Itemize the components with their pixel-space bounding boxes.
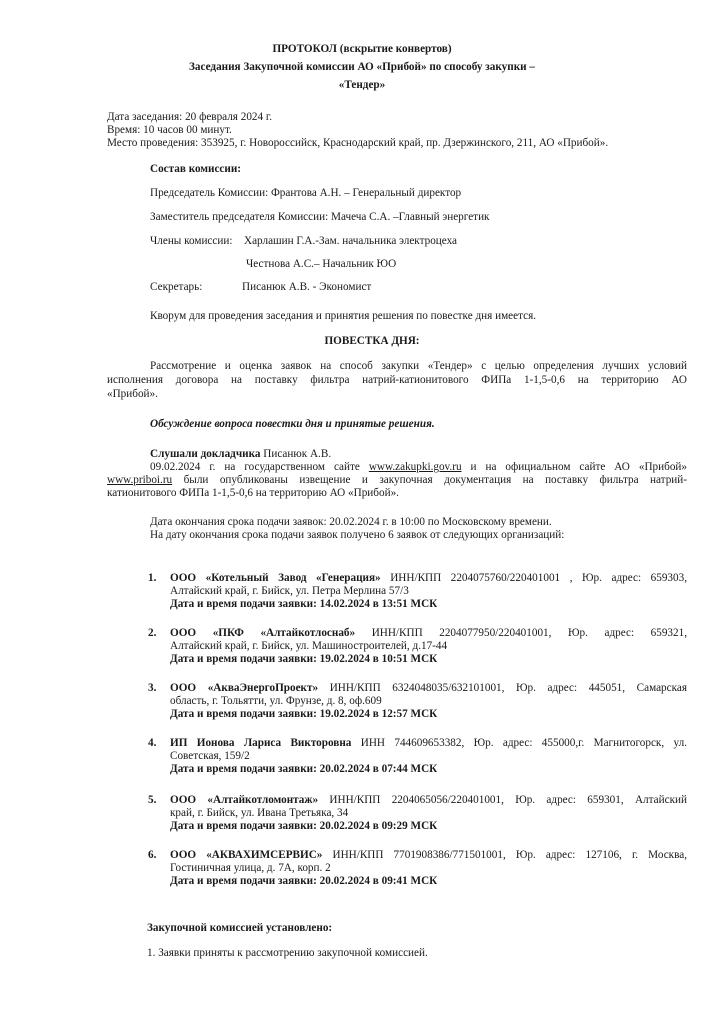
application-details: ИНН/КПП 2204065056/220401001, Юр. адрес:… bbox=[318, 794, 687, 806]
meeting-time: Время: 10 часов 00 минут. bbox=[107, 124, 232, 137]
document-subtitle-line1: Заседания Закупочной комиссии АО «Прибой… bbox=[0, 61, 724, 74]
application-details: ИНН 744609653382, Юр. адрес: 455000,г. М… bbox=[351, 737, 687, 749]
report-line-3: катионитового ФИПа 1-1,5-0,6 на территор… bbox=[107, 487, 399, 500]
received-statement: На дату окончания срока подачи заявок по… bbox=[150, 529, 564, 542]
application-submitted: Дата и время подачи заявки: 19.02.2024 в… bbox=[170, 653, 687, 666]
application-address: Гостиничная улица, д. 7А, корп. 2 bbox=[170, 862, 687, 875]
application-submitted: Дата и время подачи заявки: 20.02.2024 в… bbox=[170, 875, 687, 888]
report-line-1: 09.02.2024 г. на государственном сайте w… bbox=[150, 461, 687, 474]
application-submitted: Дата и время подачи заявки: 20.02.2024 в… bbox=[170, 820, 687, 833]
quorum-statement: Кворум для проведения заседания и принят… bbox=[150, 310, 536, 323]
application-line-1: ООО «Алтайкотломонтаж» ИНН/КПП 220406505… bbox=[170, 794, 687, 807]
application-address: Алтайский край, г. Бийск, ул. Машиностро… bbox=[170, 640, 687, 653]
application-number: 1. bbox=[148, 572, 156, 585]
application-details: ИНН/КПП 6324048035/632101001, Юр. адрес:… bbox=[318, 682, 687, 694]
application-number: 2. bbox=[148, 627, 156, 640]
application-number: 3. bbox=[148, 682, 156, 695]
application-address: Алтайский край, г. Бийск, ул. Петра Мерл… bbox=[170, 585, 687, 598]
speaker-name: Писанюк А.В. bbox=[260, 448, 331, 460]
application-name: ООО «Котельный Завод «Генерация» bbox=[170, 572, 381, 584]
application-line-1: ООО «ПКФ «Алтайкотлоснаб» ИНН/КПП 220407… bbox=[170, 627, 687, 640]
application-name: ИП Ионова Лариса Викторовна bbox=[170, 737, 351, 749]
application-number: 4. bbox=[148, 737, 156, 750]
application-name: ООО «АКВАХИМСЕРВИС» bbox=[170, 849, 322, 861]
application-number: 6. bbox=[148, 849, 156, 862]
application-submitted: Дата и время подачи заявки: 19.02.2024 в… bbox=[170, 708, 687, 721]
application-line-1: ИП Ионова Лариса Викторовна ИНН 74460965… bbox=[170, 737, 687, 750]
commission-chair: Председатель Комиссии: Франтова А.Н. – Г… bbox=[150, 187, 461, 200]
speaker-label: Слушали докладчика bbox=[150, 448, 260, 460]
commission-member-2: Честнова А.С.– Начальник ЮО bbox=[246, 258, 396, 271]
commission-secretary: Писанюк А.В. - Экономист bbox=[242, 281, 371, 294]
application-name: ООО «Алтайкотломонтаж» bbox=[170, 794, 318, 806]
application-submitted: Дата и время подачи заявки: 14.02.2024 в… bbox=[170, 598, 687, 611]
application-name: ООО «ПКФ «Алтайкотлоснаб» bbox=[170, 627, 355, 639]
meeting-place: Место проведения: 353925, г. Новороссийс… bbox=[107, 137, 608, 150]
application-name: ООО «АкваЭнергоПроект» bbox=[170, 682, 318, 694]
conclusion-heading: Закупочной комиссией установлено: bbox=[147, 922, 332, 935]
application-line-1: ООО «Котельный Завод «Генерация» ИНН/КПП… bbox=[170, 572, 687, 585]
agenda-line-3: «Прибой». bbox=[107, 388, 158, 401]
commission-member-1: Харлашин Г.А.-Зам. начальника электроцех… bbox=[244, 235, 457, 248]
conclusion-item-1: 1. Заявки приняты к рассмотрению закупоч… bbox=[147, 947, 428, 960]
report-line-2: www.priboi.ru были опубликованы извещени… bbox=[107, 474, 687, 487]
report-text: 09.02.2024 г. на государственном сайте bbox=[150, 461, 369, 473]
report-text: были опубликованы извещение и закупочная… bbox=[172, 474, 687, 486]
document-title: ПРОТОКОЛ (вскрытие конвертов) bbox=[0, 43, 724, 56]
document-subtitle-line2: «Тендер» bbox=[0, 79, 724, 92]
application-line-1: ООО «АКВАХИМСЕРВИС» ИНН/КПП 7701908386/7… bbox=[170, 849, 687, 862]
application-address: Советская, 159/2 bbox=[170, 750, 687, 763]
agenda-heading: ПОВЕСТКА ДНЯ: bbox=[10, 335, 724, 348]
zakupki-link[interactable]: www.zakupki.gov.ru bbox=[369, 461, 462, 473]
deadline-statement: Дата окончания срока подачи заявок: 20.0… bbox=[150, 516, 552, 529]
application-submitted: Дата и время подачи заявки: 20.02.2024 в… bbox=[170, 763, 687, 776]
priboi-link[interactable]: www.priboi.ru bbox=[107, 474, 172, 486]
discussion-heading: Обсуждение вопроса повестки дня и принят… bbox=[150, 418, 435, 431]
commission-heading: Состав комиссии: bbox=[150, 163, 241, 176]
commission-members-label: Члены комиссии: bbox=[150, 235, 232, 248]
application-details: ИНН/КПП 2204077950/220401001, Юр. адрес:… bbox=[355, 627, 687, 639]
application-number: 5. bbox=[148, 794, 156, 807]
application-details: ИНН/КПП 7701908386/771501001, Юр. адрес:… bbox=[322, 849, 687, 861]
speaker-line: Слушали докладчика Писанюк А.В. bbox=[150, 448, 331, 461]
meeting-date: Дата заседания: 20 февраля 2024 г. bbox=[107, 111, 272, 124]
application-address: край, г. Бийск, ул. Ивана Третьяка, 34 bbox=[170, 807, 687, 820]
report-text: и на официальном сайте АО «Прибой» bbox=[462, 461, 687, 473]
agenda-line-1: Рассмотрение и оценка заявок на способ з… bbox=[150, 360, 687, 373]
application-line-1: ООО «АкваЭнергоПроект» ИНН/КПП 632404803… bbox=[170, 682, 687, 695]
application-details: ИНН/КПП 2204075760/220401001 , Юр. адрес… bbox=[381, 572, 687, 584]
commission-secretary-label: Секретарь: bbox=[150, 281, 202, 294]
application-address: область, г. Тольятти, ул. Фрунзе, д. 8, … bbox=[170, 695, 687, 708]
agenda-line-2: исполнения договора на поставку фильтра … bbox=[107, 374, 687, 387]
commission-deputy: Заместитель председателя Комиссии: Мачеч… bbox=[150, 211, 490, 224]
